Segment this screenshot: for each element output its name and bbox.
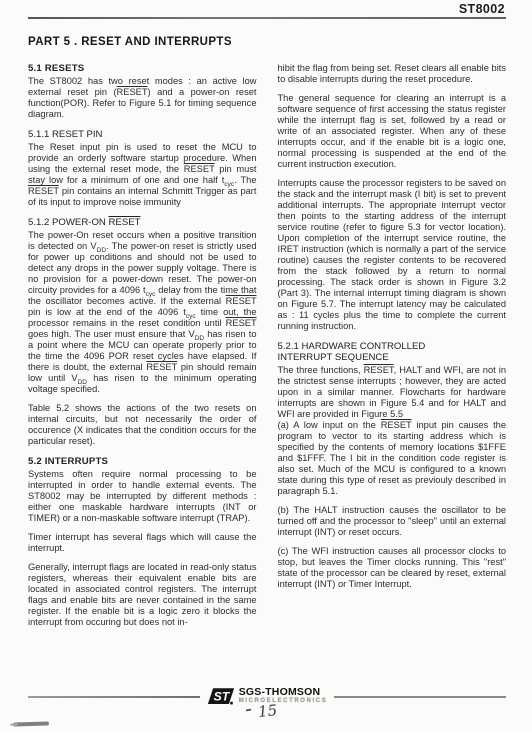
section-heading-5-1-1: 5.1.1 RESET PIN — [28, 129, 257, 140]
footer-rule-right — [334, 696, 506, 698]
svg-text:ST: ST — [213, 689, 230, 703]
footer-rule-left — [28, 696, 200, 698]
paragraph: The Reset input pin is used to reset the… — [28, 142, 257, 208]
paragraph: The three functions, RESET, HALT and WFI… — [278, 365, 507, 420]
paragraph: Interrupts cause the processor registers… — [278, 178, 507, 332]
paragraph: (a) A low input on the RESET input pin c… — [278, 420, 507, 497]
left-column: 5.1 RESETS The ST8002 has two reset mode… — [28, 60, 257, 636]
section-heading-5-1: 5.1 RESETS — [28, 63, 257, 74]
section-heading-5-2-1: 5.2.1 HARDWARE CONTROLLEDINTERRUPT SEQUE… — [278, 341, 507, 363]
st-logo-icon: ST — [207, 687, 235, 706]
right-column: hibit the flag from being set. Reset cle… — [278, 60, 507, 636]
brand-subtitle: MICROELECTRONICS — [239, 698, 328, 705]
paragraph: hibit the flag from being set. Reset cle… — [278, 63, 507, 85]
paragraph: (b) The HALT instruction causes the osci… — [278, 505, 507, 538]
paragraph: The ST8002 has two reset modes : an acti… — [28, 76, 257, 120]
header-rule — [28, 17, 506, 19]
paragraph: Timer interrupt has several flags which … — [28, 532, 257, 554]
brand-name: SGS-THOMSON — [239, 687, 328, 698]
scan-smudge — [13, 721, 49, 726]
datasheet-page: ST8002 PART 5 . RESET AND INTERRUPTS 5.1… — [0, 0, 532, 732]
pen-tick-mark — [246, 709, 251, 711]
part-title: PART 5 . RESET AND INTERRUPTS — [28, 36, 232, 48]
paragraph: Table 5.2 shows the actions of the two r… — [28, 403, 257, 447]
paragraph: (c) The WFI instruction causes all proce… — [278, 546, 507, 590]
section-heading-5-2: 5.2 INTERRUPTS — [28, 456, 257, 467]
paragraph: Generally, interrupt flags are located i… — [28, 562, 257, 628]
two-column-body: 5.1 RESETS The ST8002 has two reset mode… — [28, 60, 506, 636]
paragraph: The general sequence for clearing an int… — [278, 93, 507, 170]
doc-number: ST8002 — [459, 2, 505, 16]
paragraph: Systems often require normal processing … — [28, 469, 257, 524]
brand-lockup: SGS-THOMSON MICROELECTRONICS — [239, 687, 328, 705]
section-heading-5-1-2: 5.1.2 POWER-ON RESET — [28, 217, 257, 228]
paragraph: The power-On reset occurs when a positiv… — [28, 230, 257, 395]
page-number: 15 — [257, 701, 278, 721]
